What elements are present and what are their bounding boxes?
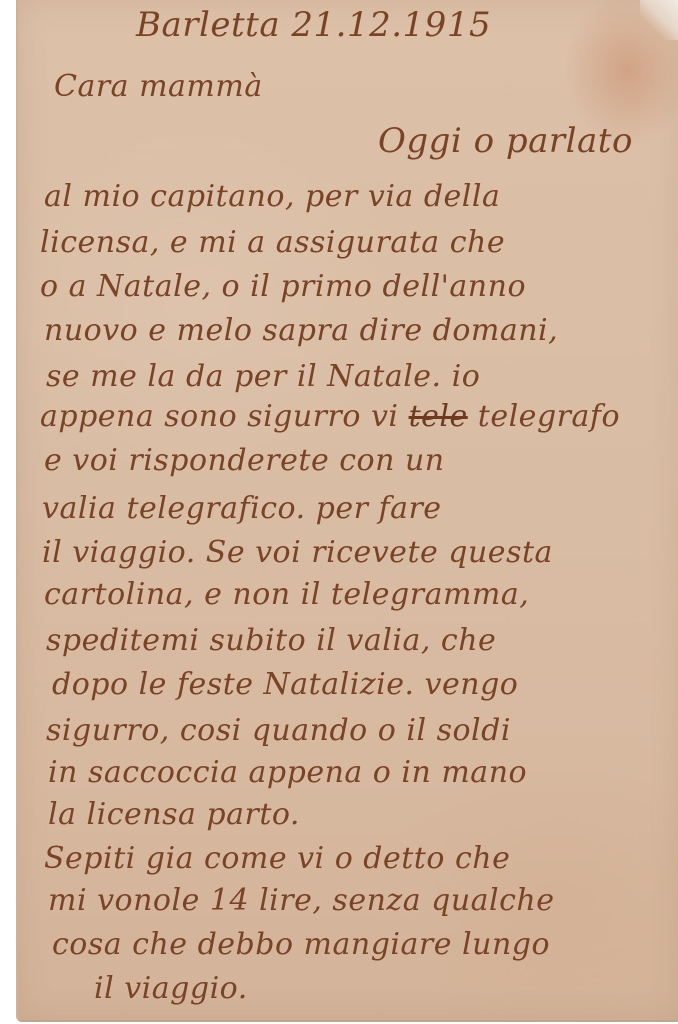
letter-line-19: cosa che debbo mangiare lungo xyxy=(52,930,550,960)
letter-line-7: appena sono sigurro vi tele telegrafo xyxy=(40,402,620,432)
letter-line-10: il viaggio. Se voi ricevete questa xyxy=(42,538,553,568)
salutation: Cara mammà xyxy=(54,72,263,102)
letter-line-4: o a Natale, o il primo dell'anno xyxy=(40,272,526,302)
letter-page: Barletta 21.12.1915 Cara mammà Oggi o pa… xyxy=(16,0,678,1022)
letter-line-16: la licensa parto. xyxy=(48,800,300,830)
letter-line-13: dopo le feste Natalizie. vengo xyxy=(52,670,518,700)
letter-line-7-tail: telegrafo xyxy=(478,399,620,434)
struck-out-word: tele xyxy=(409,399,468,434)
letter-line-12: speditemi subito il valia, che xyxy=(46,626,496,656)
letter-line-8: e voi risponderete con un xyxy=(44,446,445,476)
letter-line-11: cartolina, e non il telegramma, xyxy=(44,580,529,610)
letter-line-6: se me la da per il Natale. io xyxy=(46,362,480,392)
place-date: Barletta 21.12.1915 xyxy=(136,8,491,42)
letter-line-20: il viaggio. xyxy=(94,974,248,1004)
letter-line-17: Sepiti gia come vi o detto che xyxy=(44,844,510,874)
letter-line-7-text: appena sono sigurro vi xyxy=(40,399,399,434)
letter-line-15: in saccoccia appena o in mano xyxy=(48,758,527,788)
letter-line-2: al mio capitano, per via della xyxy=(44,182,500,212)
letter-line-1: Oggi o parlato xyxy=(378,124,633,158)
letter-line-5: nuovo e melo sapra dire domani, xyxy=(44,316,558,346)
letter-line-9: valia telegrafico. per fare xyxy=(42,494,442,524)
letter-line-18: mi vonole 14 lire, senza qualche xyxy=(48,886,555,916)
folded-corner xyxy=(640,0,678,40)
letter-line-14: sigurro, cosi quando o il soldi xyxy=(46,716,511,746)
letter-line-3: licensa, e mi a assigurata che xyxy=(40,228,505,258)
